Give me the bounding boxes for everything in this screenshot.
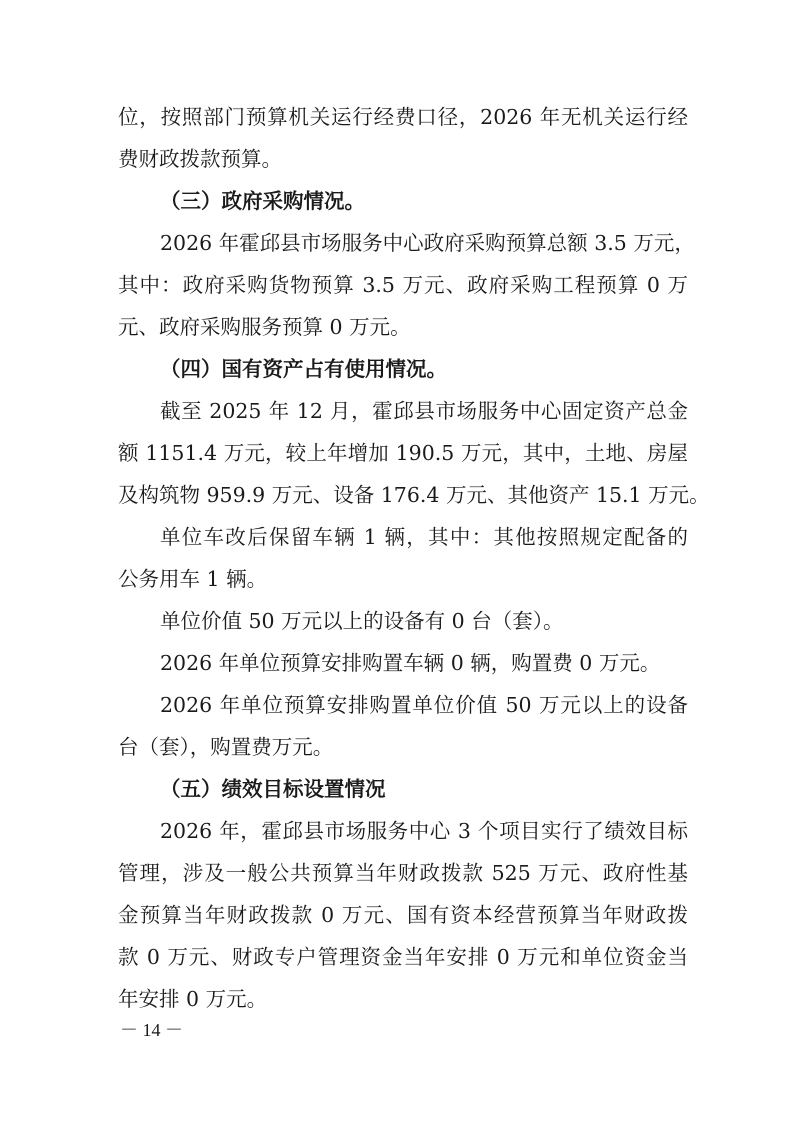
text-line: 及构筑物 959.9 万元、设备 176.4 万元、其他资产 15.1 万元。 (118, 481, 688, 509)
text-line: 单位价值 50 万元以上的设备有 0 台（套）。 (160, 607, 688, 635)
section-heading-procurement: （三）政府采购情况。 (160, 187, 730, 215)
text-line: 台（套），购置费万元。 (118, 733, 688, 761)
text-line: 年安排 0 万元。 (118, 985, 688, 1013)
text-line: 单位车改后保留车辆 1 辆，其中：其他按照规定配备的 (160, 523, 688, 551)
text-line: 2026 年霍邱县市场服务中心政府采购预算总额 3.5 万元， (160, 229, 688, 257)
text-line: 其中：政府采购货物预算 3.5 万元、政府采购工程预算 0 万 (118, 271, 688, 299)
document-page: 位，按照部门预算机关运行经费口径，2026 年无机关运行经 费财政拨款预算。 （… (0, 0, 793, 1122)
text-line: 管理，涉及一般公共预算当年财政拨款 525 万元、政府性基 (118, 859, 688, 887)
text-line: 款 0 万元、财政专户管理资金当年安排 0 万元和单位资金当 (118, 943, 688, 971)
text-line: 位，按照部门预算机关运行经费口径，2026 年无机关运行经 (118, 103, 688, 131)
text-line: 金预算当年财政拨款 0 万元、国有资本经营预算当年财政拨 (118, 901, 688, 929)
page-number: － 14 － (120, 1018, 183, 1042)
text-line: 公务用车 1 辆。 (118, 565, 688, 593)
text-line: 费财政拨款预算。 (118, 145, 688, 173)
text-line: 额 1151.4 万元，较上年增加 190.5 万元，其中，土地、房屋 (118, 439, 688, 467)
text-line: 2026 年，霍邱县市场服务中心 3 个项目实行了绩效目标 (160, 817, 688, 845)
text-line: 2026 年单位预算安排购置单位价值 50 万元以上的设备 (160, 691, 688, 719)
section-heading-assets: （四）国有资产占有使用情况。 (160, 355, 730, 383)
text-line: 元、政府采购服务预算 0 万元。 (118, 313, 688, 341)
text-line: 截至 2025 年 12 月，霍邱县市场服务中心固定资产总金 (160, 397, 688, 425)
section-heading-performance: （五）绩效目标设置情况 (160, 775, 730, 803)
text-line: 2026 年单位预算安排购置车辆 0 辆，购置费 0 万元。 (160, 649, 688, 677)
